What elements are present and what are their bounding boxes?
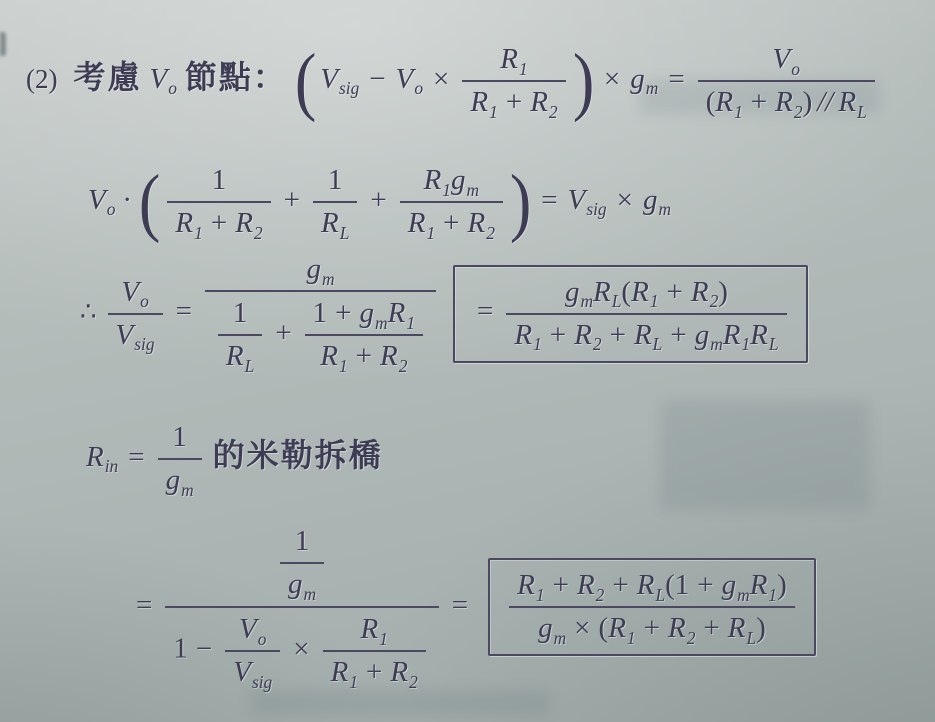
denominator: R1+R2: [305, 336, 423, 374]
var-R: R: [331, 656, 349, 688]
right-paren: ): [803, 86, 813, 118]
var-R: R: [593, 276, 611, 308]
var-R: R: [530, 86, 548, 118]
var-V: V: [239, 613, 257, 645]
var-R: R: [668, 612, 686, 644]
denominator: R1+R2+RL+gmR1RL: [506, 315, 786, 353]
fraction-R1-over-R1plusR2: R1R1+R2: [462, 42, 565, 120]
op-plus: +: [553, 569, 569, 601]
var-R: R: [500, 43, 518, 75]
var-Vsig: Vsig: [320, 63, 359, 95]
op-plus: +: [335, 297, 351, 329]
op-equals: =: [668, 63, 684, 95]
right-paren: ): [756, 612, 766, 644]
text-node-colon: 節點：: [185, 59, 287, 95]
sub-1: 1: [406, 313, 415, 333]
sub-2: 2: [409, 672, 418, 692]
sub-1: 1: [768, 585, 777, 605]
sub-L: L: [857, 102, 867, 122]
denominator: R1+R2: [167, 203, 270, 241]
sub-1: 1: [627, 628, 636, 648]
var-R: R: [634, 319, 652, 351]
sub-L: L: [340, 223, 350, 243]
sub-L: L: [245, 356, 255, 376]
numerator: R1+R2+RL(1+gmR1): [509, 568, 795, 608]
sub-m: m: [181, 480, 194, 500]
var-gm: gm: [643, 184, 671, 216]
sub-o: o: [791, 59, 800, 79]
op-plus: +: [550, 319, 566, 351]
op-plus: +: [644, 612, 660, 644]
var-R: R: [408, 207, 426, 239]
var-R: R: [424, 164, 442, 196]
big-right-paren: ): [573, 30, 595, 132]
num-1: 1: [328, 164, 343, 196]
var-g: g: [288, 568, 303, 600]
result-box-rin: R1+R2+RL(1+gmR1)gm×(R1+R2+RL): [488, 558, 816, 656]
op-times: ×: [617, 184, 633, 216]
sub-m: m: [658, 199, 671, 219]
var-R: R: [235, 207, 253, 239]
var-R: R: [517, 569, 535, 601]
op-equals: =: [452, 589, 468, 621]
op-plus: +: [275, 317, 291, 349]
op-equals: =: [136, 589, 152, 621]
sub-1: 1: [426, 223, 435, 243]
var-R: R: [577, 569, 595, 601]
var-R: R: [226, 340, 244, 372]
op-plus: +: [211, 207, 227, 239]
numerator: R1: [462, 42, 565, 82]
sub-1: 1: [650, 291, 659, 311]
page-edge-smudge: [0, 32, 6, 56]
sub-1: 1: [379, 629, 388, 649]
var-R: R: [86, 441, 104, 473]
var-R: R: [175, 207, 193, 239]
var-V: V: [233, 656, 251, 688]
sub-1: 1: [194, 223, 203, 243]
sub-m: m: [375, 313, 388, 333]
numerator: 1gm: [165, 523, 438, 608]
op-plus: +: [356, 340, 372, 372]
op-plus: +: [443, 207, 459, 239]
op-cdot: ·: [122, 184, 132, 216]
var-R: R: [715, 86, 733, 118]
var-V: V: [568, 184, 586, 216]
right-paren: ): [777, 569, 787, 601]
var-R: R: [574, 319, 592, 351]
var-g: g: [360, 297, 375, 329]
sub-in: in: [105, 456, 119, 476]
equation-line-gain: ∴VoVsig=gm1RL+1+gmR1R1+R2=gmRL(R1+R2)R1+…: [80, 252, 808, 375]
var-R: R: [631, 276, 649, 308]
big-left-paren: (: [295, 30, 317, 132]
var-gm: gm: [630, 63, 658, 95]
fraction-rin-expression: 1gm1−VoVsig×R1R1+R2: [165, 523, 438, 691]
sub-1: 1: [349, 672, 358, 692]
big-left-paren: (: [139, 152, 161, 252]
var-R: R: [750, 569, 768, 601]
sub-2: 2: [399, 356, 408, 376]
var-g: g: [565, 276, 580, 308]
numerator: Vo: [108, 275, 163, 315]
op-equals: =: [541, 184, 557, 216]
sub-o: o: [168, 78, 177, 98]
op-plus: +: [506, 86, 522, 118]
sub-2: 2: [486, 223, 495, 243]
var-R: R: [775, 86, 793, 118]
sub-1: 1: [734, 102, 743, 122]
sub-1: 1: [536, 585, 545, 605]
result-box-gain: =gmRL(R1+R2)R1+R2+RL+gmR1RL: [453, 265, 808, 363]
equation-line-collected: Vo·(1R1+R2+1RL+R1gmR1+R2)=Vsig×gm: [86, 152, 673, 252]
var-g: g: [643, 184, 658, 216]
var-Rin: Rin: [86, 441, 118, 473]
var-R: R: [728, 612, 746, 644]
fraction-1-over-RL: 1RL: [218, 296, 262, 374]
sub-m: m: [467, 180, 480, 200]
item-number: (2): [26, 64, 57, 94]
var-g: g: [451, 164, 466, 196]
sub-sig: sig: [134, 334, 154, 354]
op-equals: =: [176, 295, 192, 327]
var-R: R: [637, 569, 655, 601]
var-R: R: [390, 656, 408, 688]
sub-m: m: [554, 628, 567, 648]
left-paren: (: [599, 612, 609, 644]
left-paren: (: [665, 569, 675, 601]
var-g: g: [695, 319, 710, 351]
sub-o: o: [258, 629, 267, 649]
sub-m: m: [710, 334, 723, 354]
sub-m: m: [580, 291, 593, 311]
fraction-1-over-R1plusR2: 1R1+R2: [167, 163, 270, 241]
var-R: R: [723, 319, 741, 351]
fraction-rin-result: R1+R2+RL(1+gmR1)gm×(R1+R2+RL): [509, 568, 795, 646]
denominator: R1+R2: [400, 203, 503, 241]
sub-o: o: [107, 199, 116, 219]
numerator: 1: [218, 296, 262, 336]
op-plus: +: [751, 86, 767, 118]
numerator: 1+gmR1: [305, 296, 423, 336]
var-R: R: [838, 86, 856, 118]
numerator: 1: [313, 163, 357, 203]
var-R: R: [514, 319, 532, 351]
sub-2: 2: [593, 334, 602, 354]
num-1: 1: [233, 297, 248, 329]
op-plus: +: [366, 656, 382, 688]
num-1: 1: [173, 633, 188, 665]
op-times: ×: [433, 63, 449, 95]
left-paren: (: [706, 86, 716, 118]
sub-2: 2: [794, 102, 803, 122]
fraction-Vo-over-Vsig: VoVsig: [108, 275, 163, 353]
bleed-through-mark: [660, 400, 870, 510]
fraction-1-over-RL: 1RL: [313, 163, 357, 241]
bleed-through-mark: [250, 690, 550, 716]
denominator: gm: [158, 460, 202, 498]
op-plus: +: [670, 319, 686, 351]
var-R: R: [321, 207, 339, 239]
therefore-symbol: ∴: [80, 297, 97, 327]
fraction-1-over-gm: 1gm: [280, 524, 324, 602]
fraction-R1-over-R1plusR2: R1R1+R2: [323, 612, 426, 690]
op-minus: −: [196, 633, 212, 665]
op-equals: =: [477, 295, 493, 327]
var-R: R: [468, 207, 486, 239]
text-consider: 考慮: [73, 59, 141, 95]
sub-m: m: [737, 585, 750, 605]
denominator: Vsig: [108, 315, 163, 353]
fraction-gain-result: gmRL(R1+R2)R1+R2+RL+gmR1RL: [506, 275, 786, 353]
op-parallel: //: [817, 86, 833, 118]
equation-line-node: (2)考慮Vo節點：(Vsig−Vo×R1R1+R2)×gm=Vo(R1+R2)…: [26, 30, 880, 132]
denominator: RL: [313, 203, 357, 241]
denominator: R1+R2: [323, 652, 426, 690]
sub-2: 2: [596, 585, 605, 605]
sub-L: L: [746, 628, 756, 648]
var-Vsig: Vsig: [568, 184, 607, 216]
fraction-1-over-gm: 1gm: [158, 420, 202, 498]
numerator: 1: [280, 524, 324, 564]
denominator: R1+R2: [462, 82, 565, 120]
sub-o: o: [140, 291, 149, 311]
sub-sig: sig: [339, 78, 359, 98]
denominator: Vsig: [225, 652, 280, 690]
op-plus: +: [610, 319, 626, 351]
denominator: 1RL+1+gmR1R1+R2: [205, 292, 436, 375]
var-V: V: [121, 276, 139, 308]
op-plus: +: [284, 184, 300, 216]
fraction-R1gm-over-R1plusR2: R1gmR1+R2: [400, 163, 503, 241]
sub-L: L: [769, 334, 779, 354]
num-1: 1: [212, 164, 227, 196]
var-g: g: [722, 569, 737, 601]
numerator: 1: [167, 163, 270, 203]
var-V: V: [88, 184, 106, 216]
left-paren: (: [621, 276, 631, 308]
sub-L: L: [612, 291, 622, 311]
textbook-page-photo: (2)考慮Vo節點：(Vsig−Vo×R1R1+R2)×gm=Vo(R1+R2)…: [0, 0, 935, 722]
op-times: ×: [574, 612, 590, 644]
fraction-gm-over-admittance: gm1RL+1+gmR1R1+R2: [205, 252, 436, 375]
denominator: gm: [280, 564, 324, 602]
numerator: Vo: [225, 612, 280, 652]
var-Vo: Vo: [150, 63, 177, 95]
text-miller-splitting: 的米勒拆橋: [213, 437, 383, 473]
op-times: ×: [604, 63, 620, 95]
sub-1: 1: [339, 356, 348, 376]
equation-line-rin: =1gm1−VoVsig×R1R1+R2=R1+R2+RL(1+gmR1)gm×…: [128, 523, 816, 691]
sub-L: L: [655, 585, 665, 605]
sub-m: m: [304, 584, 317, 604]
op-plus: +: [697, 569, 713, 601]
sub-1: 1: [519, 59, 528, 79]
var-Vo: Vo: [396, 63, 423, 95]
sub-m: m: [322, 269, 335, 289]
denominator: gm×(R1+R2+RL): [509, 608, 795, 646]
numerator: gmRL(R1+R2): [506, 275, 786, 315]
sub-2: 2: [687, 628, 696, 648]
op-plus: +: [667, 276, 683, 308]
var-V: V: [150, 63, 168, 95]
big-right-paren: ): [510, 152, 532, 252]
var-R: R: [380, 340, 398, 372]
num-1: 1: [313, 297, 328, 329]
var-R: R: [608, 612, 626, 644]
var-R: R: [388, 297, 406, 329]
op-plus: +: [370, 184, 386, 216]
var-V: V: [773, 43, 791, 75]
sub-1: 1: [741, 334, 750, 354]
numerator: Vo: [698, 42, 875, 82]
sub-2: 2: [549, 102, 558, 122]
var-V: V: [320, 63, 338, 95]
denominator: (R1+R2)//RL: [698, 82, 875, 120]
fraction-1plusgmR1-over-R1plusR2: 1+gmR1R1+R2: [305, 296, 423, 374]
var-R: R: [320, 340, 338, 372]
op-times: ×: [293, 633, 309, 665]
sub-1: 1: [442, 180, 451, 200]
op-plus: +: [612, 569, 628, 601]
op-equals: =: [128, 441, 144, 473]
numerator: gm: [205, 252, 436, 292]
var-R: R: [360, 613, 378, 645]
op-plus: +: [703, 612, 719, 644]
sub-sig: sig: [252, 672, 272, 692]
equation-line-rin-definition: Rin=1gm的米勒拆橋: [84, 420, 389, 498]
fraction-Vo-over-parallel: Vo(R1+R2)//RL: [698, 42, 875, 120]
numerator: R1gm: [400, 163, 503, 203]
var-R: R: [470, 86, 488, 118]
var-R: R: [691, 276, 709, 308]
var-g: g: [306, 253, 321, 285]
sub-2: 2: [254, 223, 263, 243]
var-g: g: [166, 464, 181, 496]
num-1: 1: [675, 569, 690, 601]
sub-2: 2: [710, 291, 719, 311]
numerator: 1: [158, 420, 202, 460]
numerator: R1: [323, 612, 426, 652]
var-g: g: [630, 63, 645, 95]
op-minus: −: [369, 63, 385, 95]
var-R: R: [750, 319, 768, 351]
var-V: V: [116, 319, 134, 351]
sub-sig: sig: [586, 199, 606, 219]
sub-L: L: [653, 334, 663, 354]
denominator: RL: [218, 336, 262, 374]
denominator: 1−VoVsig×R1R1+R2: [165, 608, 438, 691]
right-paren: ): [718, 276, 728, 308]
num-1: 1: [295, 525, 310, 557]
var-g: g: [538, 612, 553, 644]
sub-o: o: [414, 78, 423, 98]
sub-1: 1: [533, 334, 542, 354]
sub-m: m: [646, 78, 659, 98]
fraction-Vo-over-Vsig: VoVsig: [225, 612, 280, 690]
num-1: 1: [172, 421, 187, 453]
var-V: V: [396, 63, 414, 95]
sub-1: 1: [489, 102, 498, 122]
var-Vo: Vo: [88, 184, 115, 216]
